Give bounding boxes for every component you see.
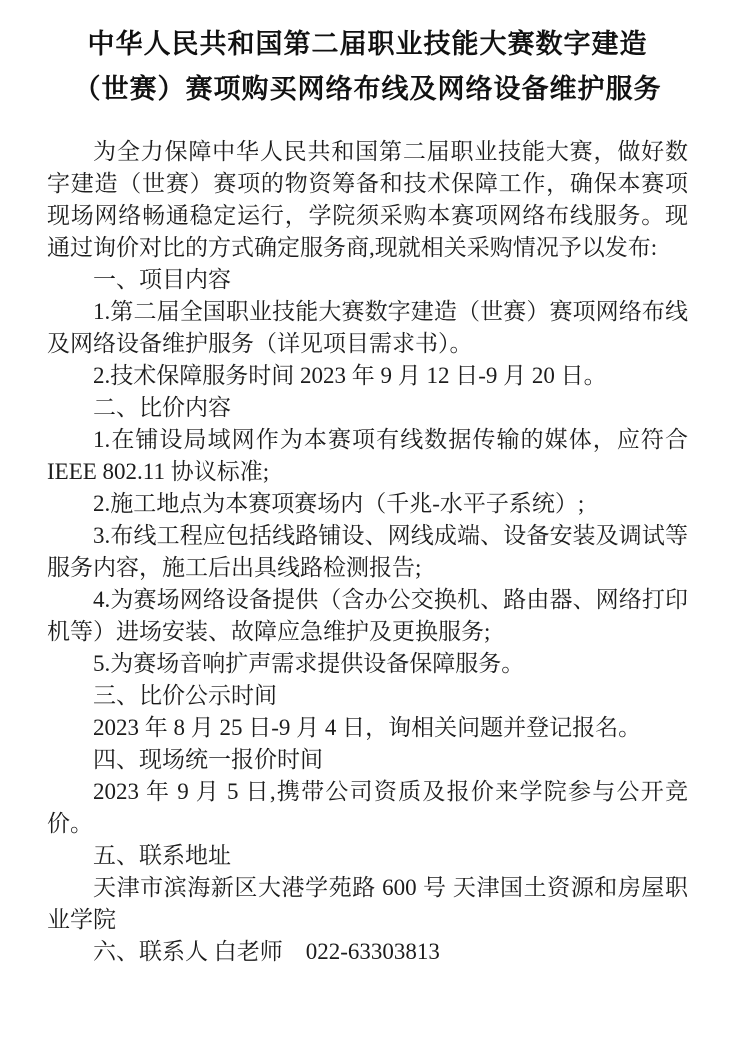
document-body: 为全力保障中华人民共和国第二届职业技能大赛，做好数字建造（世赛）赛项的物资筹备和… bbox=[47, 136, 688, 968]
paragraph: 为全力保障中华人民共和国第二届职业技能大赛，做好数字建造（世赛）赛项的物资筹备和… bbox=[47, 136, 688, 264]
paragraph: 4.为赛场网络设备提供（含办公交换机、路由器、网络打印机等）进场安装、故障应急维… bbox=[47, 584, 688, 648]
section-heading: 一、项目内容 bbox=[47, 264, 688, 296]
paragraph: 六、联系人 白老师 022-63303813 bbox=[47, 936, 688, 968]
section-heading: 三、比价公示时间 bbox=[47, 680, 688, 712]
paragraph: 2.施工地点为本赛项赛场内（千兆-水平子系统）; bbox=[47, 488, 688, 520]
paragraph: 3.布线工程应包括线路铺设、网线成端、设备安装及调试等服务内容，施工后出具线路检… bbox=[47, 520, 688, 584]
section-heading: 二、比价内容 bbox=[47, 392, 688, 424]
paragraph: 1.在铺设局域网作为本赛项有线数据传输的媒体，应符合 IEEE 802.11 协… bbox=[47, 424, 688, 488]
section-heading: 四、现场统一报价时间 bbox=[47, 744, 688, 776]
paragraph: 2023 年 8 月 25 日-9 月 4 日，询相关问题并登记报名。 bbox=[47, 712, 688, 744]
paragraph: 1.第二届全国职业技能大赛数字建造（世赛）赛项网络布线及网络设备维护服务（详见项… bbox=[47, 296, 688, 360]
section-heading: 五、联系地址 bbox=[47, 840, 688, 872]
paragraph: 5.为赛场音响扩声需求提供设备保障服务。 bbox=[47, 648, 688, 680]
document-title-line-2: （世赛）赛项购买网络布线及网络设备维护服务 bbox=[47, 67, 688, 112]
document-title: 中华人民共和国第二届职业技能大赛数字建造 （世赛）赛项购买网络布线及网络设备维护… bbox=[47, 22, 688, 112]
paragraph: 2.技术保障服务时间 2023 年 9 月 12 日-9 月 20 日。 bbox=[47, 360, 688, 392]
document-page: 中华人民共和国第二届职业技能大赛数字建造 （世赛）赛项购买网络布线及网络设备维护… bbox=[0, 0, 735, 1041]
paragraph: 2023 年 9 月 5 日,携带公司资质及报价来学院参与公开竞价。 bbox=[47, 776, 688, 840]
paragraph: 天津市滨海新区大港学苑路 600 号 天津国土资源和房屋职业学院 bbox=[47, 872, 688, 936]
document-title-line-1: 中华人民共和国第二届职业技能大赛数字建造 bbox=[47, 22, 688, 67]
